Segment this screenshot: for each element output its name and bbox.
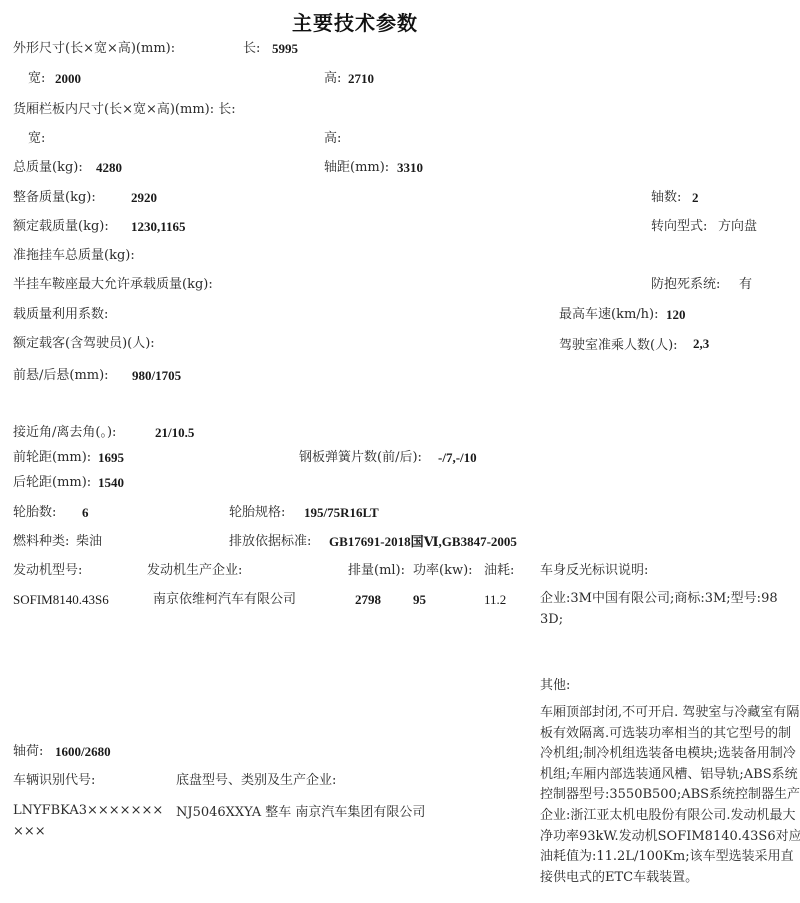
displacement-header: 排量(ml): xyxy=(348,562,405,580)
overhang-value: 980/1705 xyxy=(132,367,181,385)
angle-value: 21/10.5 xyxy=(155,424,194,442)
front-track-value: 1695 xyxy=(98,449,124,467)
width-label: 宽: xyxy=(28,70,45,88)
length-label: 长: xyxy=(243,40,260,58)
rear-track-label: 后轮距(mm): xyxy=(13,474,91,492)
consumption-header: 油耗: xyxy=(484,562,514,580)
saddle-load-label: 半挂车鞍座最大允许承载质量(kg): xyxy=(13,276,213,294)
utilization-label: 载质量利用系数: xyxy=(13,306,108,324)
axles-value: 2 xyxy=(692,189,699,207)
axle-load-value: 1600/2680 xyxy=(55,743,111,761)
curb-mass-value: 2920 xyxy=(131,189,157,207)
steering-value: 方向盘 xyxy=(718,218,757,236)
cargo-width-label: 宽: xyxy=(28,130,45,148)
wheelbase-value: 3310 xyxy=(397,159,423,177)
engine-model-value: SOFIM8140.43S6 xyxy=(13,591,109,609)
reflective-header: 车身反光标识说明: xyxy=(540,562,648,580)
width-value: 2000 xyxy=(55,70,81,88)
emission-label: 排放依据标准: xyxy=(229,533,311,551)
spring-label: 钢板弹簧片数(前/后): xyxy=(299,449,422,467)
vin-value: LNYFBKA3×××××××××× xyxy=(13,801,173,842)
axle-load-label: 轴荷: xyxy=(13,743,43,761)
chassis-label: 底盘型号、类别及生产企业: xyxy=(176,772,336,790)
tire-spec-label: 轮胎规格: xyxy=(229,504,285,522)
cab-seats-value: 2,3 xyxy=(693,335,709,353)
fuel-label: 燃料种类: xyxy=(13,533,69,551)
curb-mass-label: 整备质量(kg): xyxy=(13,189,96,207)
passengers-label: 额定载客(含驾驶员)(人): xyxy=(13,335,155,353)
tire-count-value: 6 xyxy=(82,504,89,522)
power-header: 功率(kw): xyxy=(413,562,473,580)
front-track-label: 前轮距(mm): xyxy=(13,449,91,467)
tire-count-label: 轮胎数: xyxy=(13,504,56,522)
steering-label: 转向型式: xyxy=(651,218,707,236)
engine-maker-value: 南京依维柯汽车有限公司 xyxy=(153,591,296,609)
max-speed-value: 120 xyxy=(666,306,686,324)
trailer-mass-label: 准拖挂车总质量(kg): xyxy=(13,247,135,265)
rear-track-value: 1540 xyxy=(98,474,124,492)
height-label: 高: xyxy=(324,70,341,88)
height-value: 2710 xyxy=(348,70,374,88)
engine-model-header: 发动机型号: xyxy=(13,562,82,580)
axles-label: 轴数: xyxy=(651,189,681,207)
overhang-label: 前悬/后悬(mm): xyxy=(13,367,109,385)
other-label: 其他: xyxy=(540,677,570,695)
outer-dimensions-label: 外形尺寸(长×宽×高)(mm): xyxy=(13,40,175,58)
page-title: 主要技术参数 xyxy=(292,10,418,36)
tire-spec-value: 195/75R16LT xyxy=(304,504,379,522)
total-mass-label: 总质量(kg): xyxy=(13,159,83,177)
vin-label: 车辆识别代号: xyxy=(13,772,95,790)
displacement-value: 2798 xyxy=(355,591,381,609)
angle-label: 接近角/离去角(。): xyxy=(13,424,116,442)
wheelbase-label: 轴距(mm): xyxy=(324,159,389,177)
total-mass-value: 4280 xyxy=(96,159,122,177)
spring-value: -/7,-/10 xyxy=(438,449,477,467)
reflective-value: 企业:3M中国有限公司;商标:3M;型号:983D; xyxy=(540,589,780,630)
power-value: 95 xyxy=(413,591,426,609)
abs-value: 有 xyxy=(739,276,752,294)
rated-load-value: 1230,1165 xyxy=(131,218,186,236)
cargo-box-label: 货厢栏板内尺寸(长×宽×高)(mm): 长: xyxy=(13,101,236,119)
other-text: 车厢顶部封闭,不可开启. 驾驶室与冷藏室有隔板有效隔离.可选装功率相当的其它型号… xyxy=(540,703,800,888)
abs-label: 防抱死系统: xyxy=(651,276,720,294)
emission-value: GB17691-2018国Ⅵ,GB3847-2005 xyxy=(329,533,517,551)
max-speed-label: 最高车速(km/h): xyxy=(559,306,658,324)
rated-load-label: 额定载质量(kg): xyxy=(13,218,109,236)
length-value: 5995 xyxy=(272,40,298,58)
chassis-value: NJ5046XXYA 整车 南京汽车集团有限公司 xyxy=(176,804,425,822)
consumption-value: 11.2 xyxy=(484,591,506,609)
engine-maker-header: 发动机生产企业: xyxy=(147,562,242,580)
cargo-height-label: 高: xyxy=(324,130,341,148)
cab-seats-label: 驾驶室准乘人数(人): xyxy=(559,337,678,355)
fuel-value: 柴油 xyxy=(76,533,102,551)
